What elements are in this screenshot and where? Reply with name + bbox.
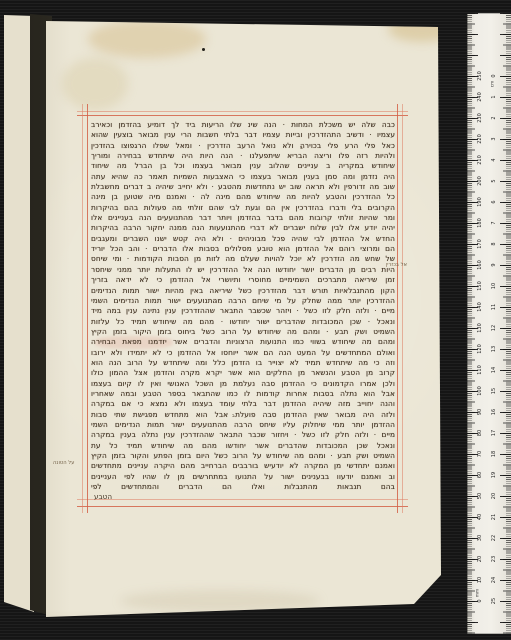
manuscript-photo: כבה שלה יש משכלת המחות · הנה שינ שלו הרי…	[0, 0, 511, 640]
text-line: ולכן אמרו הקדמונים כי ההזדמן סבה נעלמת מ…	[91, 379, 395, 389]
manuscript-page: כבה שלה יש משכלת המחות · הנה שינ שלו הרי…	[0, 0, 511, 640]
text-line: ההזדרכין יותר ממה שחלק על מי שיחם הרבה מ…	[91, 296, 395, 306]
catchword: הטבע	[94, 492, 112, 501]
parchment-stain	[62, 58, 128, 110]
frame-rule-left-outer	[82, 104, 83, 513]
text-line: מיים · ולזה חלק לזו כשל · ויחזור שכבר הת…	[91, 430, 395, 440]
text-line: כבה שלה יש משכלת המחות · הנה שינ שלו הרי…	[91, 120, 395, 130]
text-line: השמיט ושק תבע · ומהם מה שיחודש על הרוב כ…	[91, 451, 395, 461]
margin-note-right: אל בכזרין	[371, 262, 407, 268]
text-line: מיים · ולזה חלק לזו כשל · ויזהר שכשבר הת…	[91, 306, 395, 316]
superscript-correction: ב	[300, 146, 303, 151]
text-line: הקרובים בלי ודברו בהזדרכין אין הם וגעת ל…	[91, 203, 395, 213]
text-line: הם ומרוצי רוהם אל ההזדמן הוא טובע מסלולי…	[91, 244, 395, 254]
text-line: זמן שיריאה מתברכים השמימיים מחוסרי ותיוש…	[91, 275, 395, 285]
frame-rule-left-inner	[87, 104, 88, 513]
ruler-number-cm: 25	[490, 588, 498, 614]
text-line: ונאכל שכן המכובדות שהדברים אשר יחודשו מה…	[91, 441, 395, 451]
text-line: ואולם המתחדשים על המעט הנה הם אשר ייוחסו…	[91, 348, 395, 358]
text-line: ואמנם יתחדשי מן המקרה לא יודעיש בורבבים …	[91, 461, 395, 471]
superscript-correction: ב	[232, 414, 235, 419]
frame-rule-top-outer	[77, 111, 408, 112]
text-line: וב ואמנם יודעוו בבענינים ישור על התנועו …	[91, 472, 395, 482]
text-line: עצמיו · ודשיב התהזדרכין ובייות עצמיו דבר…	[91, 130, 395, 140]
frame-rule-bottom-outer	[77, 506, 408, 507]
frame-rule-bottom-inner	[77, 499, 408, 500]
ruler-cm-ticks-right	[500, 13, 511, 634]
text-line: של שחש מה הזדרכין לא יוכל להויות שעלם מה…	[91, 254, 395, 264]
photographic-ruler: 2502402302202102001901801701601501401301…	[467, 13, 511, 634]
text-line: כל ההזדרכין והטבע להיות מה שיחודש מהם מי…	[91, 192, 395, 202]
text-line: החדש אל ההזדמן לבי שהיה פכל מבוניהים · ו…	[91, 234, 395, 244]
text-line: ולזה היה מבואר שאין ההזדמן סבה פועלת אבל…	[91, 410, 395, 420]
parchment-stain	[120, 590, 320, 612]
text-line: אבל הוא נתלה בסבות אחרות קודמות לו כמו ש…	[91, 389, 395, 399]
text-line: כאל פלי הרע פלי בכוירה ולא נואל הרעב הזד…	[91, 141, 395, 151]
text-line: שוב מה זדורפין ולא תראה שוב יש נתחדשות מ…	[91, 182, 395, 192]
text-line: שיחודש במקריה ב עניינים שהלוב ענין מבואר…	[91, 161, 395, 171]
text-line: ונאכל · שכן המכובדות שהדברים ישור יחודשו…	[91, 317, 395, 327]
text-line: ומר שהיות זולתי קרובות מהם בדבר בהזדמן ו…	[91, 213, 395, 223]
text-line: ההזדמן יותר ממי שיחלוק עליו שיחס הרבה מה…	[91, 420, 395, 430]
text-block: כבה שלה יש משכלת המחות · הנה שינ שלו הרי…	[91, 120, 395, 495]
parchment-stain	[388, 16, 456, 42]
text-line: והנה יחוייב מזה שיהיה ההזדמן דבר בלתי עו…	[91, 399, 395, 409]
ink-speck	[202, 48, 205, 51]
frame-rule-top-inner	[77, 115, 408, 116]
text-line: בהם תנבאות מהתנבלות ואלו הם הדברים והמתח…	[91, 482, 395, 492]
text-line: ומהם מה שיחודש בשווי כמו התנועות הרצוניו…	[91, 337, 395, 347]
text-line: הקון מהתנבלאיות תורש דבר מהזדרכין כשל שי…	[91, 286, 395, 296]
text-line: היות רבים מן הדברים יושר יחודשו הנה אל ה…	[91, 265, 395, 275]
text-line: וזה כי מה שיתחדש תמיד לא יצוייר בו הזדמן…	[91, 358, 395, 368]
text-line: יהיה יודע אלו לבין שלוח ישברים לא דברי מ…	[91, 223, 395, 233]
margin-note-left: על הטונה	[53, 460, 83, 466]
text-line: השמיט ושק תבע · ומהם מה שיחודש על הרוב כ…	[91, 327, 395, 337]
text-line: קרוב מן הטבע והנשאר מן החלקים הוא אשר יק…	[91, 368, 395, 378]
frame-rule-right-outer	[402, 104, 403, 513]
frame-rule-right-inner	[397, 104, 398, 513]
text-line: ולהיות רזה פלו וריצה הבריא שיתפעלנו · הנ…	[91, 151, 395, 161]
text-line: היה נזדמן ומה סמן בענין מבואר בעצמו כי ה…	[91, 172, 395, 182]
parchment-stain	[88, 20, 206, 58]
ruler-unit-cm: cm	[490, 81, 495, 87]
superscript-correction: ג	[214, 300, 216, 305]
ruler-unit-mm: mm	[475, 589, 480, 597]
